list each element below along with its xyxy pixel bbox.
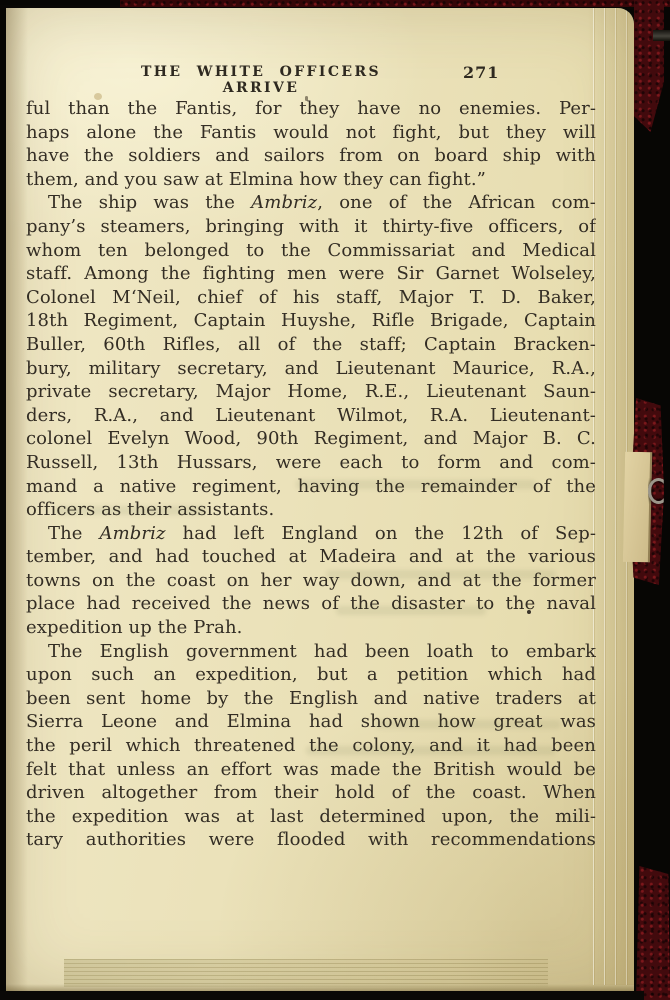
text-line: whom ten belonged to the Commissariat an… <box>26 239 596 263</box>
text-line: tary authorities were flooded with recom… <box>26 828 596 852</box>
show-through-ghost <box>306 746 556 755</box>
text-line: expedition up the Prah. <box>26 616 596 640</box>
page-number: 271 <box>463 63 499 82</box>
text-line: been sent home by the English and native… <box>26 687 596 711</box>
page-speck <box>305 96 308 101</box>
text-line: felt that unless an effort was made the … <box>26 758 596 782</box>
text-line: private secretary, Major Home, R.E., Lie… <box>26 380 596 404</box>
bottom-page-stack <box>64 959 548 987</box>
text-line: 18th Regiment, Captain Huyshe, Rifle Bri… <box>26 309 596 333</box>
protruding-page-edge <box>623 452 652 563</box>
text-line: Buller, 60th Rifles, all of the staff; C… <box>26 333 596 357</box>
page-speck <box>527 610 531 614</box>
ship-name-italic: Ambriz <box>251 192 317 213</box>
show-through-ghost <box>56 506 206 515</box>
text-line: haps alone the Fantis would not fight, b… <box>26 121 596 145</box>
page-speck <box>94 93 102 100</box>
page-bottom-shade <box>6 984 634 991</box>
text-line: The Ambriz had left England on the 12th … <box>26 522 596 546</box>
cover-cloth-top-strip <box>120 0 670 7</box>
page-text: ful than the Fantis, for they have no en… <box>26 97 596 852</box>
show-through-ghost <box>296 480 536 489</box>
bottom-frame-strip <box>0 991 644 1000</box>
text-line: colonel Evelyn Wood, 90th Regiment, and … <box>26 427 596 451</box>
text-line: ders, R.A., and Lieutenant Wilmot, R.A. … <box>26 404 596 428</box>
text-line: The ship was the Ambriz, one of the Afri… <box>26 191 596 215</box>
book-scan-background: THE WHITE OFFICERS ARRIVE 271 ful than t… <box>0 0 670 1000</box>
text-line: Colonel M‘Neil, chief of his staff, Majo… <box>26 286 596 310</box>
text-line: ful than the Fantis, for they have no en… <box>26 97 596 121</box>
cover-cloth-top-right <box>634 0 664 132</box>
text-line: have the soldiers and sailors from on bo… <box>26 144 596 168</box>
show-through-ghost <box>326 570 556 579</box>
ship-name-italic: Ambriz <box>100 523 166 544</box>
spine-shadow <box>6 8 28 991</box>
show-through-ghost <box>336 606 486 615</box>
headband <box>653 30 670 41</box>
show-through-ghost <box>376 720 561 729</box>
text-line: place had received the news of the disas… <box>26 592 596 616</box>
text-line: staff. Among the fighting men were Sir G… <box>26 262 596 286</box>
text-line: tember, and had touched at Madeira and a… <box>26 545 596 569</box>
text-line: pany’s steamers, bringing with it thirty… <box>26 215 596 239</box>
text-line: upon such an expedition, but a petition … <box>26 663 596 687</box>
text-line: the expedition was at last determined up… <box>26 805 596 829</box>
cover-cloth-bottom-right <box>636 866 670 1000</box>
text-line: Russell, 13th Hussars, were each to form… <box>26 451 596 475</box>
text-line: driven altogether from their hold of the… <box>26 781 596 805</box>
text-line: bury, military secretary, and Lieutenant… <box>26 357 596 381</box>
clasp-ring <box>648 478 669 504</box>
text-line: The English government had been loath to… <box>26 640 596 664</box>
text-line: them, and you saw at Elmina how they can… <box>26 168 596 192</box>
running-head-title: THE WHITE OFFICERS ARRIVE <box>116 64 406 96</box>
book-page: THE WHITE OFFICERS ARRIVE 271 ful than t… <box>6 8 634 991</box>
